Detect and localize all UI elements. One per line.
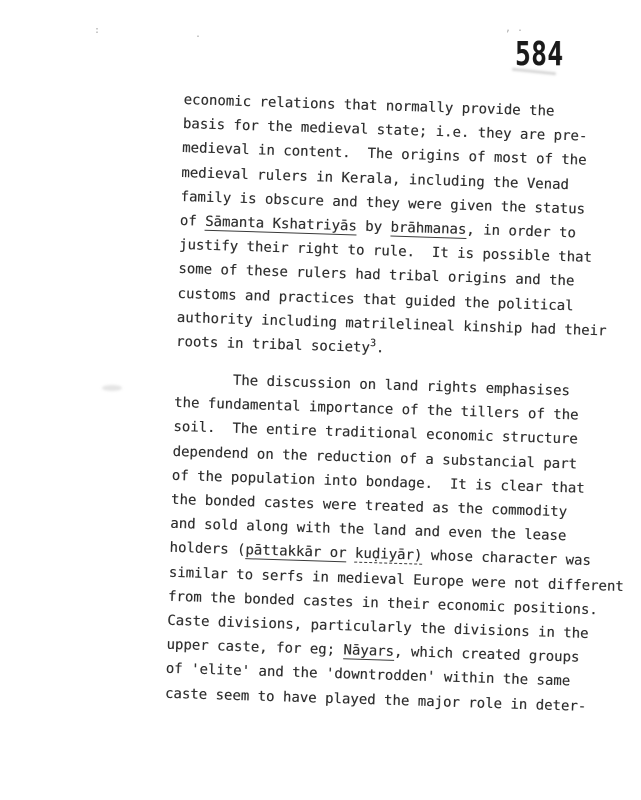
paragraph: The discussion on land rights emphasises… <box>165 367 641 720</box>
text-segment: holders ( <box>169 540 245 558</box>
underlined-term: Nāyars <box>343 642 394 661</box>
underlined-term: Sāmanta Kshatriyās <box>205 214 357 236</box>
scan-smudge <box>102 385 122 391</box>
text-segment: by <box>357 218 391 235</box>
text-segment: , which created groups <box>394 644 580 666</box>
scan-speck: : <box>94 26 100 36</box>
text-segment: of <box>180 213 206 230</box>
text-segment: whose character was <box>422 548 591 569</box>
underlined-term: brāhmanas <box>390 219 466 238</box>
scanned-document-page: 584 : . , . economic relations that norm… <box>0 0 641 800</box>
text-segment: upper caste, for eg; <box>166 637 343 659</box>
scan-speck: . <box>195 30 201 40</box>
text-segment: , in order to <box>466 222 576 241</box>
text-segment: . <box>376 340 385 356</box>
text-segment: roots in tribal society <box>176 334 370 356</box>
typewritten-text-block: economic relations that normally provide… <box>165 88 641 720</box>
paragraph: economic relations that normally provide… <box>176 88 641 369</box>
underlined-term: kuḍiyār) <box>355 546 423 565</box>
underlined-term: pāttakkār or <box>245 543 347 563</box>
scan-speck: , . <box>505 24 523 34</box>
